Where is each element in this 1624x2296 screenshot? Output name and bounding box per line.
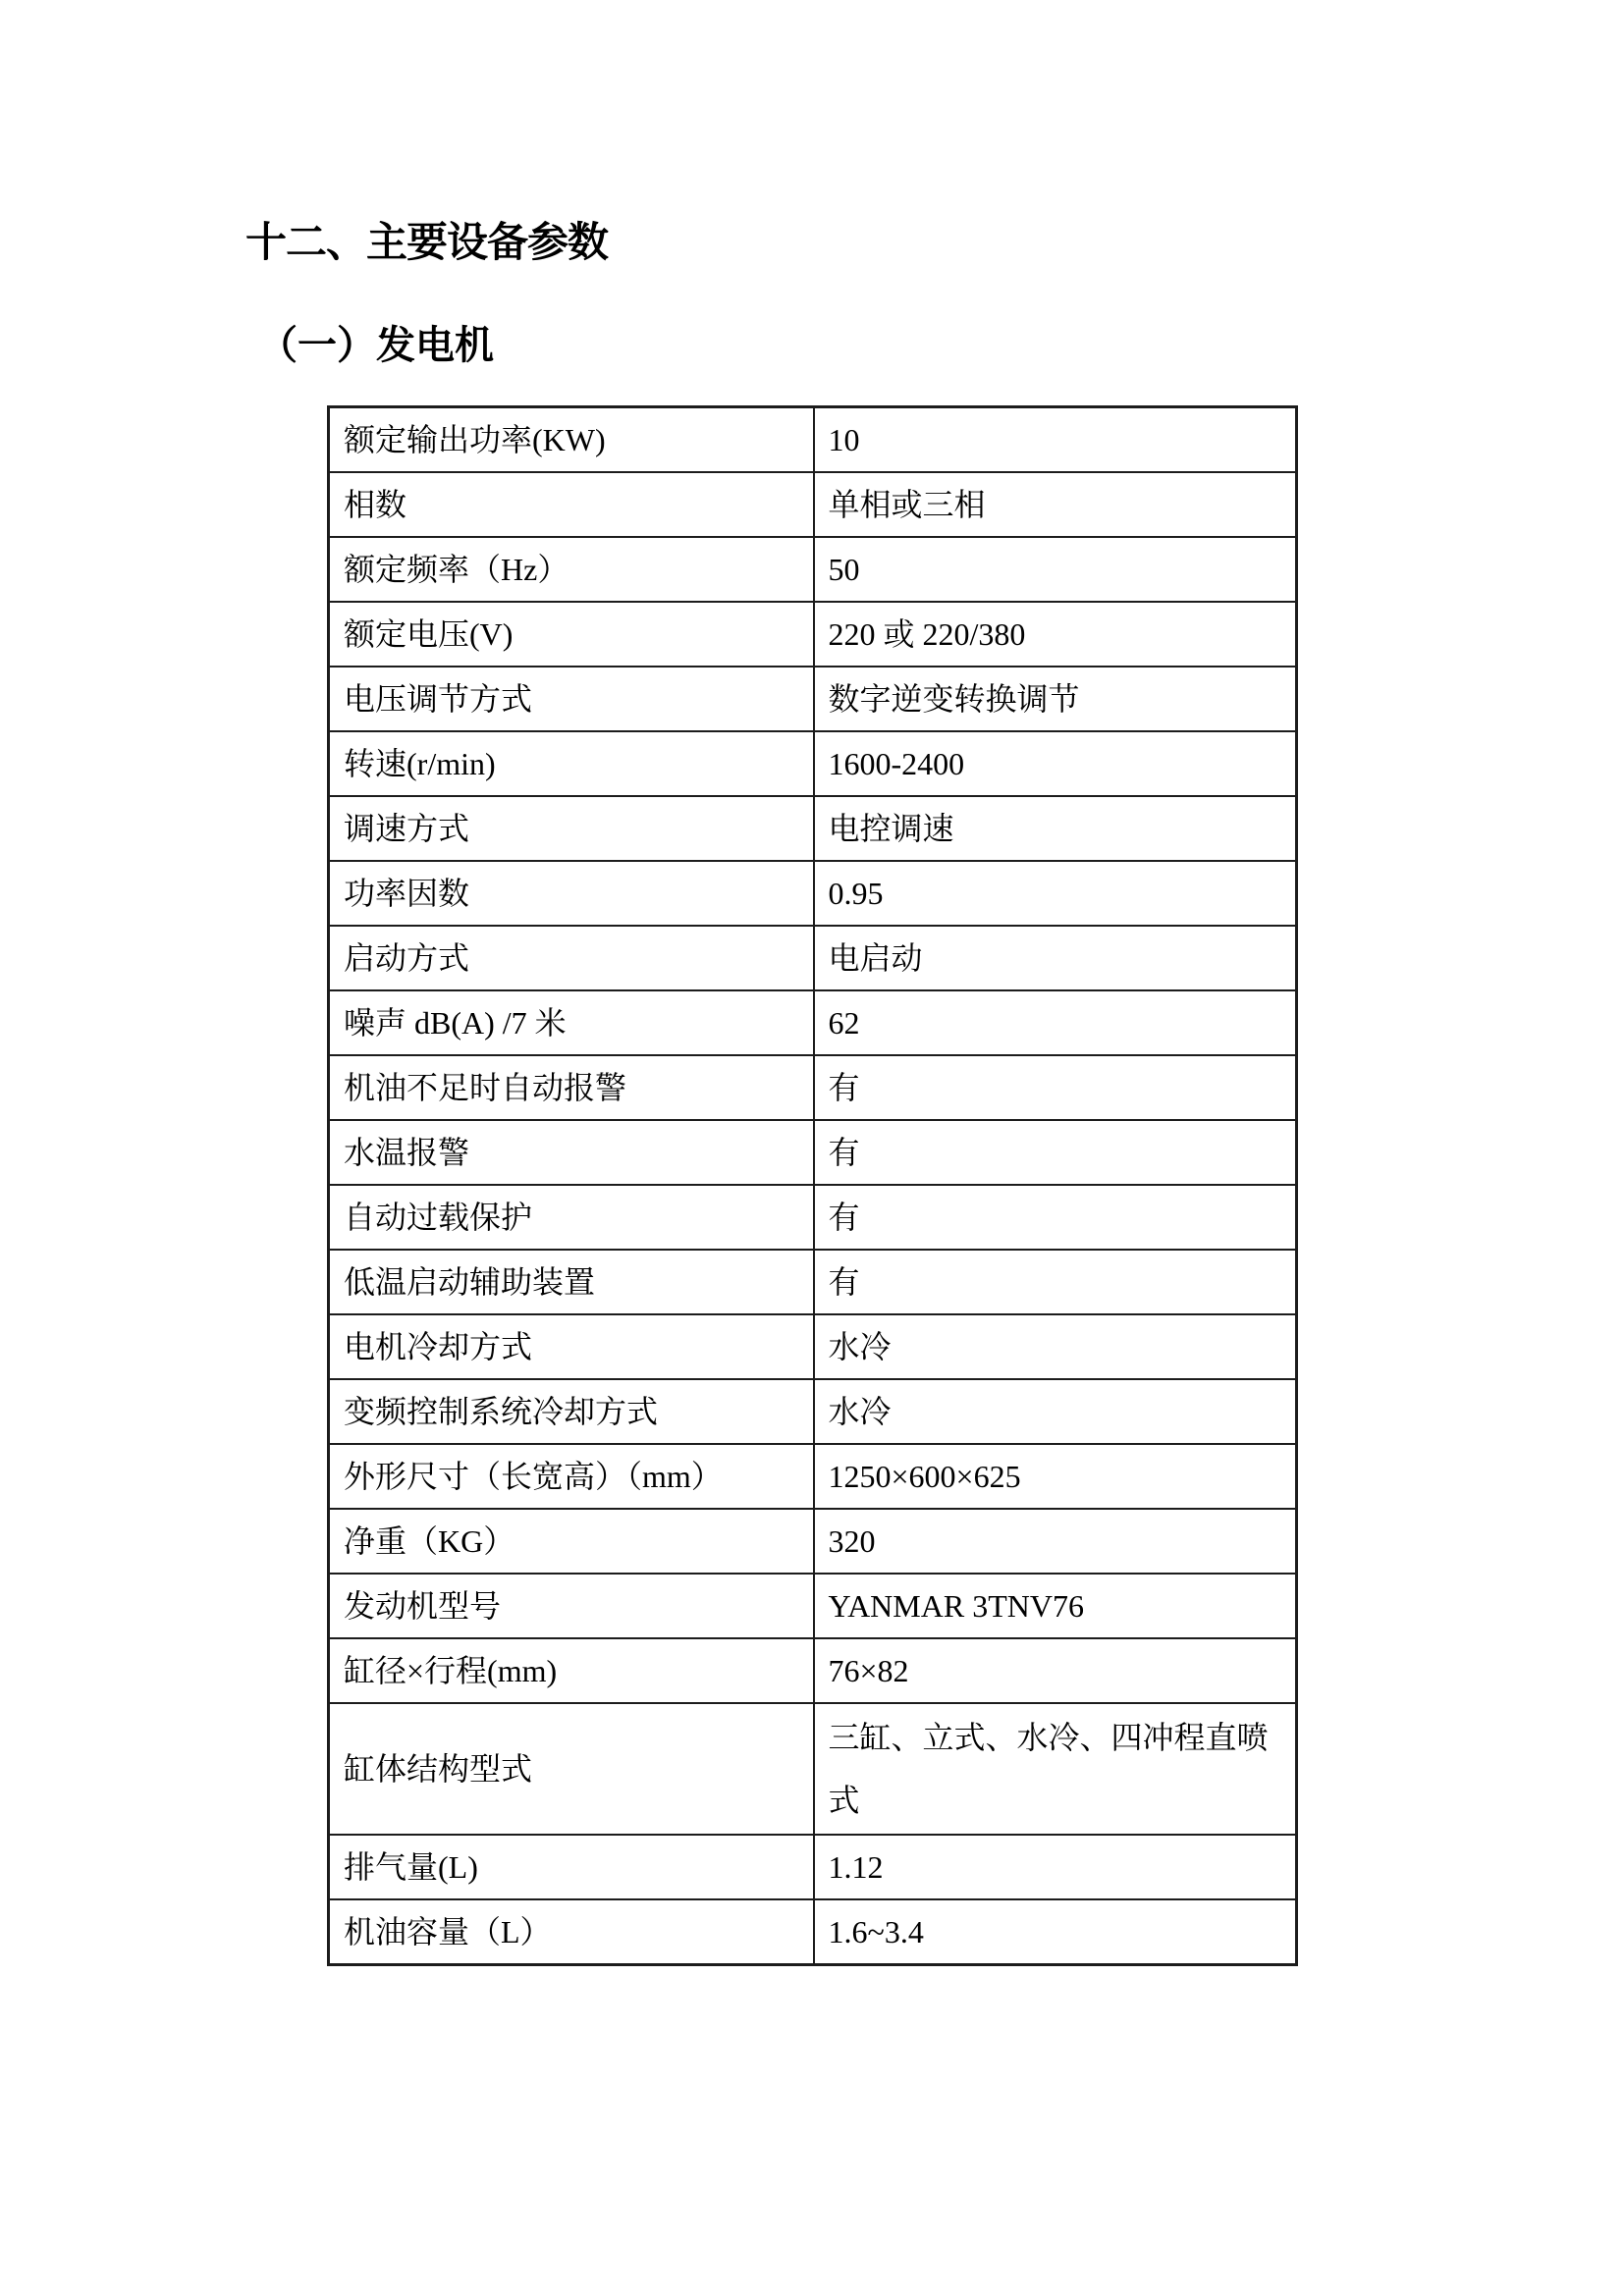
spec-value: 1250×600×625 (814, 1444, 1297, 1509)
table-row: 低温启动辅助装置 有 (329, 1250, 1297, 1314)
generator-spec-table: 额定输出功率(KW) 10 相数 单相或三相 额定频率（Hz） 50 额定电压(… (327, 405, 1298, 1966)
table-row: 自动过载保护 有 (329, 1185, 1297, 1250)
spec-value: 水冷 (814, 1314, 1297, 1379)
spec-label: 噪声 dB(A) /7 米 (329, 990, 814, 1055)
table-row: 缸体结构型式 三缸、立式、水冷、四冲程直喷式 (329, 1703, 1297, 1835)
spec-label: 机油不足时自动报警 (329, 1055, 814, 1120)
spec-label: 变频控制系统冷却方式 (329, 1379, 814, 1444)
table-row: 调速方式 电控调速 (329, 796, 1297, 861)
table-row: 机油不足时自动报警 有 (329, 1055, 1297, 1120)
document-page: 十二、主要设备参数 （一）发电机 额定输出功率(KW) 10 相数 单相或三相 … (0, 0, 1624, 2296)
table-row: 排气量(L) 1.12 (329, 1835, 1297, 1899)
spec-label: 额定电压(V) (329, 602, 814, 667)
table-row: 功率因数 0.95 (329, 861, 1297, 926)
spec-value: 水冷 (814, 1379, 1297, 1444)
spec-label: 额定输出功率(KW) (329, 407, 814, 473)
spec-label: 低温启动辅助装置 (329, 1250, 814, 1314)
spec-value: 10 (814, 407, 1297, 473)
spec-value: 三缸、立式、水冷、四冲程直喷式 (814, 1703, 1297, 1835)
spec-value: 电启动 (814, 926, 1297, 990)
spec-label: 电机冷却方式 (329, 1314, 814, 1379)
spec-value: 有 (814, 1055, 1297, 1120)
table-row: 相数 单相或三相 (329, 472, 1297, 537)
table-row: 电压调节方式 数字逆变转换调节 (329, 667, 1297, 731)
spec-label: 调速方式 (329, 796, 814, 861)
table-row: 电机冷却方式 水冷 (329, 1314, 1297, 1379)
spec-label: 净重（KG） (329, 1509, 814, 1574)
spec-value: 1.12 (814, 1835, 1297, 1899)
table-row: 变频控制系统冷却方式 水冷 (329, 1379, 1297, 1444)
spec-value: 320 (814, 1509, 1297, 1574)
subsection-title: （一）发电机 (258, 314, 494, 370)
spec-label: 额定频率（Hz） (329, 537, 814, 602)
table-row: 净重（KG） 320 (329, 1509, 1297, 1574)
table-row: 额定输出功率(KW) 10 (329, 407, 1297, 473)
table-row: 噪声 dB(A) /7 米 62 (329, 990, 1297, 1055)
spec-value: YANMAR 3TNV76 (814, 1574, 1297, 1638)
table-row: 额定频率（Hz） 50 (329, 537, 1297, 602)
spec-value: 50 (814, 537, 1297, 602)
table-row: 缸径×行程(mm) 76×82 (329, 1638, 1297, 1703)
table-row: 水温报警 有 (329, 1120, 1297, 1185)
spec-value: 有 (814, 1250, 1297, 1314)
spec-value: 有 (814, 1120, 1297, 1185)
spec-value: 电控调速 (814, 796, 1297, 861)
spec-value: 有 (814, 1185, 1297, 1250)
spec-label: 发动机型号 (329, 1574, 814, 1638)
spec-label: 转速(r/min) (329, 731, 814, 796)
spec-label: 电压调节方式 (329, 667, 814, 731)
spec-label: 水温报警 (329, 1120, 814, 1185)
spec-value: 1.6~3.4 (814, 1899, 1297, 1965)
section-title: 十二、主要设备参数 (245, 210, 608, 269)
spec-label: 排气量(L) (329, 1835, 814, 1899)
table-row: 转速(r/min) 1600-2400 (329, 731, 1297, 796)
spec-label: 缸径×行程(mm) (329, 1638, 814, 1703)
spec-label: 功率因数 (329, 861, 814, 926)
spec-label: 自动过载保护 (329, 1185, 814, 1250)
table-row: 外形尺寸（长宽高）（mm） 1250×600×625 (329, 1444, 1297, 1509)
spec-value: 数字逆变转换调节 (814, 667, 1297, 731)
spec-label: 相数 (329, 472, 814, 537)
spec-value: 0.95 (814, 861, 1297, 926)
spec-value: 220 或 220/380 (814, 602, 1297, 667)
spec-label: 外形尺寸（长宽高）（mm） (329, 1444, 814, 1509)
spec-value: 1600-2400 (814, 731, 1297, 796)
spec-label: 启动方式 (329, 926, 814, 990)
spec-value: 单相或三相 (814, 472, 1297, 537)
spec-value: 76×82 (814, 1638, 1297, 1703)
spec-label: 机油容量（L） (329, 1899, 814, 1965)
spec-value: 62 (814, 990, 1297, 1055)
table-row: 启动方式 电启动 (329, 926, 1297, 990)
table-row: 发动机型号 YANMAR 3TNV76 (329, 1574, 1297, 1638)
spec-label: 缸体结构型式 (329, 1703, 814, 1835)
table-row: 机油容量（L） 1.6~3.4 (329, 1899, 1297, 1965)
table-row: 额定电压(V) 220 或 220/380 (329, 602, 1297, 667)
